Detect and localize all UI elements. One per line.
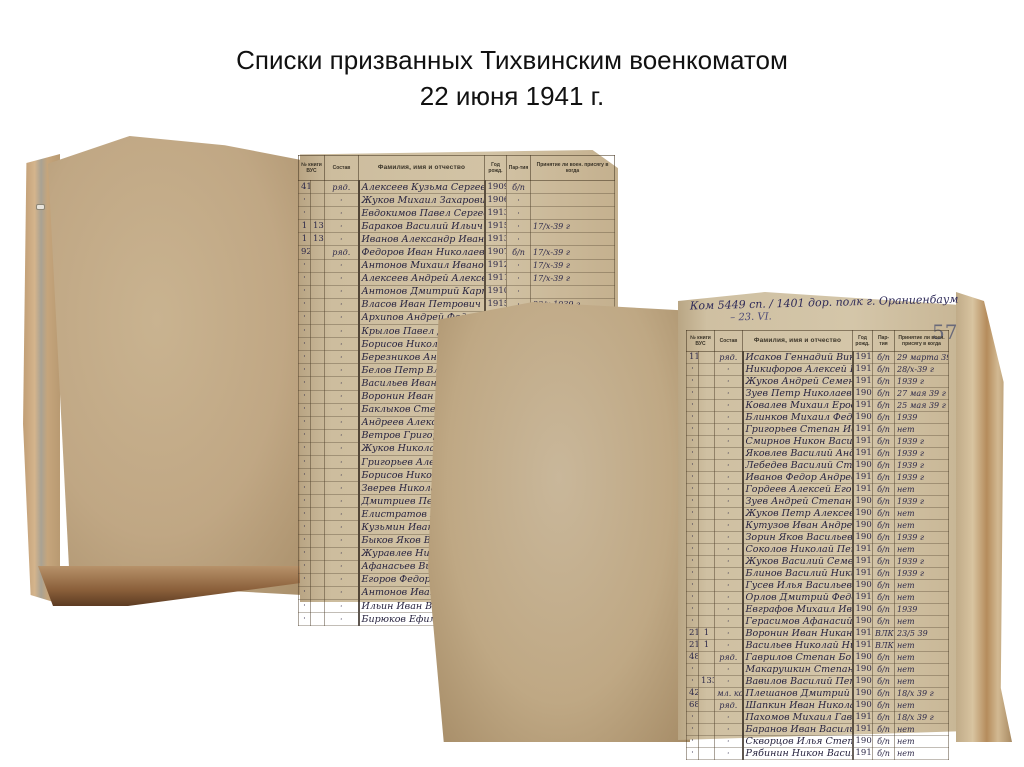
table-row: 92ряд.Федоров Иван Николаевич1907б/п17/х… — [299, 246, 615, 259]
cell-row-number: · — [299, 403, 311, 416]
cell-birth-year: 1914 — [853, 748, 873, 760]
cell-vus-number — [311, 521, 325, 534]
cell-birth-year: 1914 — [853, 484, 873, 496]
cell-full-name: Вавилов Василий Петрович — [743, 676, 853, 688]
cell-row-number: · — [687, 424, 699, 436]
cell-row-number: · — [687, 400, 699, 412]
cell-party: б/п — [873, 532, 895, 544]
cell-birth-year: 1907 — [853, 616, 873, 628]
cell-row-number: 42 — [687, 688, 699, 700]
cell-oath-date: нет — [895, 484, 949, 496]
cell-birth-year: 1911 — [485, 272, 507, 285]
table-row: ··Гордеев Алексей Егорович1914б/пнет — [687, 484, 949, 496]
cell-party: б/п — [873, 712, 895, 724]
cell-row-number: · — [299, 573, 311, 586]
table-row: ··Баранов Иван Васильевич1913б/пнет — [687, 724, 949, 736]
cell-full-name: Иванов Федор Андреевич — [743, 472, 853, 484]
cell-oath-date: нет — [895, 664, 949, 676]
cell-vus-number — [699, 508, 715, 520]
table-row: ··Соколов Николай Петрович1916б/пнет — [687, 544, 949, 556]
cell-row-number: · — [299, 285, 311, 298]
col-header-vus: № книги ВУС — [299, 156, 325, 181]
cell-rank: · — [325, 259, 359, 272]
cell-oath-date: 17/х-39 г — [531, 246, 615, 259]
cell-rank: · — [715, 628, 743, 640]
cell-row-number: 1 — [299, 233, 311, 246]
cell-vus-number — [699, 748, 715, 760]
table-row: ··Блинков Михаил Федорович1908б/п1939 — [687, 412, 949, 424]
cell-vus-number: 1 — [699, 640, 715, 652]
cell-birth-year: 1907 — [853, 652, 873, 664]
cell-rank: · — [325, 442, 359, 455]
cell-rank: · — [325, 508, 359, 521]
cell-vus-number — [311, 194, 325, 207]
cell-vus-number — [699, 724, 715, 736]
cell-oath-date: 17/х-39 г — [531, 259, 615, 272]
table-row: ··Григорьев Степан Иванович1914б/пнет — [687, 424, 949, 436]
table-row: ··Жуков Петр Алексеевич1908б/пнет — [687, 508, 949, 520]
cell-full-name: Рябинин Никон Васильевич — [743, 748, 853, 760]
cell-rank: ряд. — [325, 246, 359, 259]
cell-party: · — [507, 259, 531, 272]
cell-row-number: 92 — [299, 246, 311, 259]
cell-vus-number — [699, 472, 715, 484]
cell-oath-date: 17/х-39 г — [531, 220, 615, 233]
cell-rank: · — [325, 416, 359, 429]
table-row: ··Антонов Михаил Иванович1912·17/х-39 г — [299, 259, 615, 272]
cell-rank: · — [715, 532, 743, 544]
cell-oath-date: 29 марта 39 г — [895, 352, 949, 364]
cell-row-number: · — [687, 748, 699, 760]
cell-full-name: Григорьев Степан Иванович — [743, 424, 853, 436]
cell-birth-year: 1916 — [853, 544, 873, 556]
cell-vus-number — [311, 482, 325, 495]
cell-birth-year: 1910 — [853, 352, 873, 364]
col-header-year: Год рожд. — [485, 156, 507, 181]
cell-full-name: Евдокимов Павел Сергеевич — [359, 207, 485, 220]
cell-party: б/п — [873, 424, 895, 436]
cell-birth-year: 1916 — [853, 364, 873, 376]
cell-party: б/п — [873, 388, 895, 400]
cell-full-name: Лебедев Василий Степанович — [743, 460, 853, 472]
cell-row-number: 21 — [687, 640, 699, 652]
cell-row-number: · — [687, 712, 699, 724]
cell-birth-year: 1909 — [853, 496, 873, 508]
cell-row-number: · — [299, 586, 311, 599]
cell-party: · — [507, 194, 531, 207]
table-row: ··Жуков Василий Семенович1915б/п1939 г — [687, 556, 949, 568]
cell-vus-number — [699, 376, 715, 388]
cell-full-name: Блинков Михаил Федорович — [743, 412, 853, 424]
cell-rank: · — [325, 194, 359, 207]
cell-rank: · — [715, 376, 743, 388]
cell-vus-number — [311, 600, 325, 613]
cell-vus-number — [311, 207, 325, 220]
cell-rank: · — [715, 508, 743, 520]
cell-row-number: · — [687, 436, 699, 448]
cell-vus-number — [311, 429, 325, 442]
cell-birth-year: 1909 — [485, 181, 507, 194]
cell-full-name: Воронин Иван Никанорович — [743, 628, 853, 640]
cell-vus-number — [699, 544, 715, 556]
cell-row-number: · — [687, 460, 699, 472]
col-header-name: Фамилия, имя и отчество — [743, 331, 853, 352]
table-row: ··Зуев Андрей Степанович1909б/п1939 г — [687, 496, 949, 508]
cell-oath-date: нет — [895, 508, 949, 520]
cell-rank: · — [715, 664, 743, 676]
cell-rank: · — [325, 338, 359, 351]
cell-birth-year: 1908 — [853, 412, 873, 424]
cell-rank: · — [715, 388, 743, 400]
cell-rank: · — [325, 455, 359, 468]
cell-oath-date — [531, 181, 615, 194]
cell-rank: · — [325, 600, 359, 613]
cell-party: б/п — [873, 652, 895, 664]
cell-full-name: Гусев Илья Васильевич — [743, 580, 853, 592]
cell-row-number: 11 — [687, 352, 699, 364]
cell-vus-number — [311, 560, 325, 573]
cell-rank: · — [325, 285, 359, 298]
cell-row-number: · — [299, 547, 311, 560]
cell-row-number: · — [299, 416, 311, 429]
cell-birth-year: 1908 — [853, 508, 873, 520]
cell-oath-date: 28/х-39 г — [895, 364, 949, 376]
table-row: ··Макарушкин Степан Иванович1907б/пнет — [687, 664, 949, 676]
table-row: ··Гусев Илья Васильевич1909б/пнет — [687, 580, 949, 592]
cell-vus-number — [311, 534, 325, 547]
cell-rank: · — [715, 592, 743, 604]
cell-oath-date: нет — [895, 676, 949, 688]
cell-oath-date: 1939 г — [895, 496, 949, 508]
ledger-body-2: 11ряд.Исаков Геннадий Викторович1910б/п2… — [687, 352, 949, 760]
cell-row-number: · — [299, 534, 311, 547]
cell-row-number: · — [687, 676, 699, 688]
cell-full-name: Ковалев Михаил Ерофеевич — [743, 400, 853, 412]
cell-full-name: Иванов Александр Иванович — [359, 233, 485, 246]
cell-vus-number — [311, 351, 325, 364]
cell-birth-year: 1906 — [485, 194, 507, 207]
cell-row-number: · — [299, 311, 311, 324]
table-row: 1133а·Бараков Василий Ильич1915·17/х-39 … — [299, 220, 615, 233]
cell-vus-number — [311, 469, 325, 482]
cell-oath-date: 1939 — [895, 412, 949, 424]
cell-party: б/п — [873, 556, 895, 568]
cell-full-name: Блинов Василий Никитич — [743, 568, 853, 580]
cell-party: б/п — [873, 544, 895, 556]
cell-row-number: · — [299, 560, 311, 573]
table-row: ·133а·Вавилов Василий Петрович1909б/пнет — [687, 676, 949, 688]
cell-birth-year: 1915 — [485, 220, 507, 233]
cell-rank: · — [325, 469, 359, 482]
cell-full-name: Зуев Андрей Степанович — [743, 496, 853, 508]
cell-rank: · — [715, 604, 743, 616]
cell-full-name: Жуков Михаил Захарович — [359, 194, 485, 207]
cell-birth-year: 1909 — [853, 700, 873, 712]
cell-row-number: · — [299, 469, 311, 482]
cell-party: ВЛКСМ — [873, 628, 895, 640]
cell-birth-year: 1913 — [485, 233, 507, 246]
cell-rank: · — [325, 521, 359, 534]
cell-party: б/п — [873, 496, 895, 508]
cell-oath-date: нет — [895, 724, 949, 736]
ledger-header-row: № книги ВУС Состав Фамилия, имя и отчест… — [299, 156, 615, 181]
cell-birth-year: 1915 — [853, 556, 873, 568]
ledger-header-row: № книги ВУС Состав Фамилия, имя и отчест… — [687, 331, 949, 352]
cell-oath-date: нет — [895, 736, 949, 748]
cell-party: б/п — [873, 460, 895, 472]
cell-vus-number — [311, 547, 325, 560]
cell-oath-date: нет — [895, 652, 949, 664]
cell-row-number: · — [299, 298, 311, 311]
cell-birth-year: 1917 — [853, 628, 873, 640]
cell-vus-number — [311, 246, 325, 259]
table-row: ··Герасимов Афанасий Федорович1907б/пнет — [687, 616, 949, 628]
cell-vus-number — [311, 390, 325, 403]
table-row: ··Жуков Михаил Захарович1906· — [299, 194, 615, 207]
cell-vus-number — [699, 616, 715, 628]
cell-oath-date: нет — [895, 700, 949, 712]
cell-full-name: Зорин Яков Васильевич — [743, 532, 853, 544]
cell-row-number: 41 — [299, 181, 311, 194]
cell-rank: · — [715, 424, 743, 436]
cell-party: б/п — [873, 664, 895, 676]
cell-party: б/п — [873, 484, 895, 496]
cell-row-number: 1 — [299, 220, 311, 233]
cell-oath-date: 1939 — [895, 604, 949, 616]
cell-row-number: · — [299, 194, 311, 207]
cell-rank: · — [715, 400, 743, 412]
table-row: ··Рябинин Никон Васильевич1914б/пнет — [687, 748, 949, 760]
cell-oath-date: 1939 г — [895, 460, 949, 472]
cell-vus-number: 133а — [311, 220, 325, 233]
table-row: ··Алексеев Андрей Алексеевич1911·17/х-39… — [299, 272, 615, 285]
table-row: ··Зуев Петр Николаевич1909б/п27 мая 39 г — [687, 388, 949, 400]
cell-birth-year: 1905 — [853, 688, 873, 700]
cell-vus-number — [699, 700, 715, 712]
cell-birth-year: 1914 — [853, 592, 873, 604]
cell-full-name: Скворцов Илья Степанович — [743, 736, 853, 748]
cell-row-number: · — [687, 520, 699, 532]
cell-vus-number — [699, 736, 715, 748]
cell-rank: · — [715, 616, 743, 628]
cell-oath-date — [531, 207, 615, 220]
cell-rank: · — [325, 495, 359, 508]
table-row: ··Лебедев Василий Степанович1906б/п1939 … — [687, 460, 949, 472]
cell-full-name: Кутузов Иван Андреевич — [743, 520, 853, 532]
cell-birth-year: 1914 — [853, 712, 873, 724]
cell-vus-number — [311, 311, 325, 324]
cell-row-number: · — [299, 351, 311, 364]
cell-rank: · — [325, 547, 359, 560]
cell-rank: · — [715, 676, 743, 688]
col-header-vus: № книги ВУС — [687, 331, 715, 352]
cell-vus-number — [699, 652, 715, 664]
cell-vus-number — [699, 556, 715, 568]
cell-rank: · — [715, 412, 743, 424]
cell-row-number: · — [299, 207, 311, 220]
cell-row-number: · — [299, 482, 311, 495]
cell-vus-number — [699, 448, 715, 460]
cell-oath-date: нет — [895, 592, 949, 604]
table-row: ··Кутузов Иван Андреевич1909б/пнет — [687, 520, 949, 532]
cell-full-name: Алексеев Андрей Алексеевич — [359, 272, 485, 285]
cell-vus-number — [699, 580, 715, 592]
cell-full-name: Герасимов Афанасий Федорович — [743, 616, 853, 628]
cell-oath-date: 17/х-39 г — [531, 272, 615, 285]
table-row: ··Зорин Яков Васильевич1908б/п1939 г — [687, 532, 949, 544]
table-row: ··Скворцов Илья Степанович1907б/пнет — [687, 736, 949, 748]
cell-row-number: · — [299, 600, 311, 613]
slide-title-line-2: 22 июня 1941 г. — [0, 78, 1024, 114]
table-row: ··Ковалев Михаил Ерофеевич1919б/п25 мая … — [687, 400, 949, 412]
cell-oath-date: 18/х 39 г — [895, 712, 949, 724]
col-header-rank: Состав — [715, 331, 743, 352]
cell-rank: · — [715, 472, 743, 484]
cell-row-number: · — [687, 388, 699, 400]
cell-oath-date: 18/х 39 г — [895, 688, 949, 700]
cell-full-name: Орлов Дмитрий Федорович — [743, 592, 853, 604]
cell-vus-number — [311, 403, 325, 416]
cell-vus-number — [311, 508, 325, 521]
cell-full-name: Смирнов Никон Васильевич — [743, 436, 853, 448]
table-row: ··Орлов Дмитрий Федорович1914б/пнет — [687, 592, 949, 604]
cell-party: ВЛКСМ — [873, 640, 895, 652]
cell-row-number: · — [687, 580, 699, 592]
cell-vus-number — [311, 377, 325, 390]
cell-vus-number — [699, 568, 715, 580]
col-header-name: Фамилия, имя и отчество — [359, 156, 485, 181]
cell-oath-date: нет — [895, 544, 949, 556]
cell-oath-date: 23/5 39 — [895, 628, 949, 640]
cell-birth-year: 1915 — [853, 568, 873, 580]
cell-row-number: · — [687, 496, 699, 508]
book-page-edges — [956, 292, 1012, 742]
cell-full-name: Евграфов Михаил Иванович — [743, 604, 853, 616]
table-row: ··Пахомов Михаил Гаврилович1914б/п18/х 3… — [687, 712, 949, 724]
cell-birth-year: 1912 — [485, 259, 507, 272]
cell-row-number: · — [687, 448, 699, 460]
cell-row-number: · — [687, 736, 699, 748]
cell-party: б/п — [873, 568, 895, 580]
cell-birth-year: 1910 — [853, 376, 873, 388]
cell-row-number: · — [687, 556, 699, 568]
cell-birth-year: 1919 — [853, 400, 873, 412]
table-row: ··Смирнов Никон Васильевич1914б/п1939 г — [687, 436, 949, 448]
cell-vus-number — [311, 586, 325, 599]
cell-rank: ряд. — [325, 181, 359, 194]
cell-party: б/п — [873, 580, 895, 592]
cell-row-number: · — [687, 592, 699, 604]
cell-party: б/п — [873, 688, 895, 700]
cell-row-number: · — [687, 376, 699, 388]
cell-vus-number — [699, 592, 715, 604]
cell-party: б/п — [507, 246, 531, 259]
cell-vus-number — [699, 460, 715, 472]
table-row: ··Евдокимов Павел Сергеевич1913· — [299, 207, 615, 220]
cell-full-name: Плешанов Дмитрий Павлович — [743, 688, 853, 700]
cell-rank: · — [325, 311, 359, 324]
cell-row-number: · — [687, 616, 699, 628]
cell-oath-date: 1939 г — [895, 376, 949, 388]
table-row: ··Жуков Андрей Семенович1910б/п1939 г — [687, 376, 949, 388]
col-header-party: Пар-тия — [507, 156, 531, 181]
cell-full-name: Никифоров Алексей Васильевич — [743, 364, 853, 376]
cell-vus-number — [699, 712, 715, 724]
cell-party: · — [507, 220, 531, 233]
cell-birth-year: 1909 — [853, 676, 873, 688]
cell-vus-number — [311, 298, 325, 311]
cell-rank: · — [715, 460, 743, 472]
table-row: 48ряд.Гаврилов Степан Богданович1907б/пн… — [687, 652, 949, 664]
cell-rank: · — [325, 364, 359, 377]
cell-oath-date: 25 мая 39 г — [895, 400, 949, 412]
cell-party: б/п — [873, 520, 895, 532]
cell-oath-date: 1939 г — [895, 532, 949, 544]
cell-rank: · — [325, 482, 359, 495]
cell-vus-number — [699, 484, 715, 496]
cell-birth-year: 1915 — [853, 448, 873, 460]
cell-rank: · — [715, 520, 743, 532]
cell-birth-year: 1909 — [853, 520, 873, 532]
cell-party: б/п — [873, 436, 895, 448]
cell-rank: · — [325, 220, 359, 233]
cell-row-number: · — [687, 544, 699, 556]
cell-row-number: · — [687, 724, 699, 736]
cell-rank: · — [325, 534, 359, 547]
cell-party: · — [507, 207, 531, 220]
cell-full-name: Яковлев Василий Андреевич — [743, 448, 853, 460]
cell-full-name: Алексеев Кузьма Сергеевич — [359, 181, 485, 194]
cell-rank: ряд. — [715, 352, 743, 364]
cell-rank: · — [325, 390, 359, 403]
cell-rank: · — [715, 712, 743, 724]
cell-birth-year: 1908 — [853, 532, 873, 544]
cell-rank: · — [715, 580, 743, 592]
cell-row-number: · — [299, 259, 311, 272]
table-row: 1133а·Иванов Александр Иванович1913· — [299, 233, 615, 246]
cell-birth-year: 1909 — [853, 580, 873, 592]
col-header-year: Год рожд. — [853, 331, 873, 352]
cell-rank: · — [325, 325, 359, 338]
cell-oath-date: нет — [895, 520, 949, 532]
cell-row-number: · — [687, 472, 699, 484]
cell-vus-number — [699, 496, 715, 508]
cell-row-number: · — [299, 455, 311, 468]
col-header-oath: Принятие ли воен. присягу в когда — [895, 331, 949, 352]
cell-full-name: Антонов Михаил Иванович — [359, 259, 485, 272]
cell-rank: · — [325, 573, 359, 586]
cell-birth-year: 1913 — [853, 724, 873, 736]
cell-full-name: Баранов Иван Васильевич — [743, 724, 853, 736]
cell-vus-number — [311, 364, 325, 377]
cell-party: б/п — [873, 448, 895, 460]
cell-birth-year: 1909 — [853, 604, 873, 616]
cell-vus-number — [311, 613, 325, 626]
cell-vus-number — [311, 259, 325, 272]
blank-left-page — [48, 136, 320, 596]
cell-row-number: · — [299, 377, 311, 390]
cell-rank: · — [325, 560, 359, 573]
cell-vus-number — [699, 412, 715, 424]
table-row: 211·Воронин Иван Никанорович1917ВЛКСМ23/… — [687, 628, 949, 640]
slide-title: Списки призванных Тихвинским военкоматом… — [0, 42, 1024, 114]
cell-rank: · — [325, 351, 359, 364]
cell-vus-number — [311, 272, 325, 285]
cell-oath-date: 1939 г — [895, 436, 949, 448]
cell-full-name: Жуков Василий Семенович — [743, 556, 853, 568]
cell-row-number: · — [687, 604, 699, 616]
binding-clip-icon — [36, 204, 45, 210]
